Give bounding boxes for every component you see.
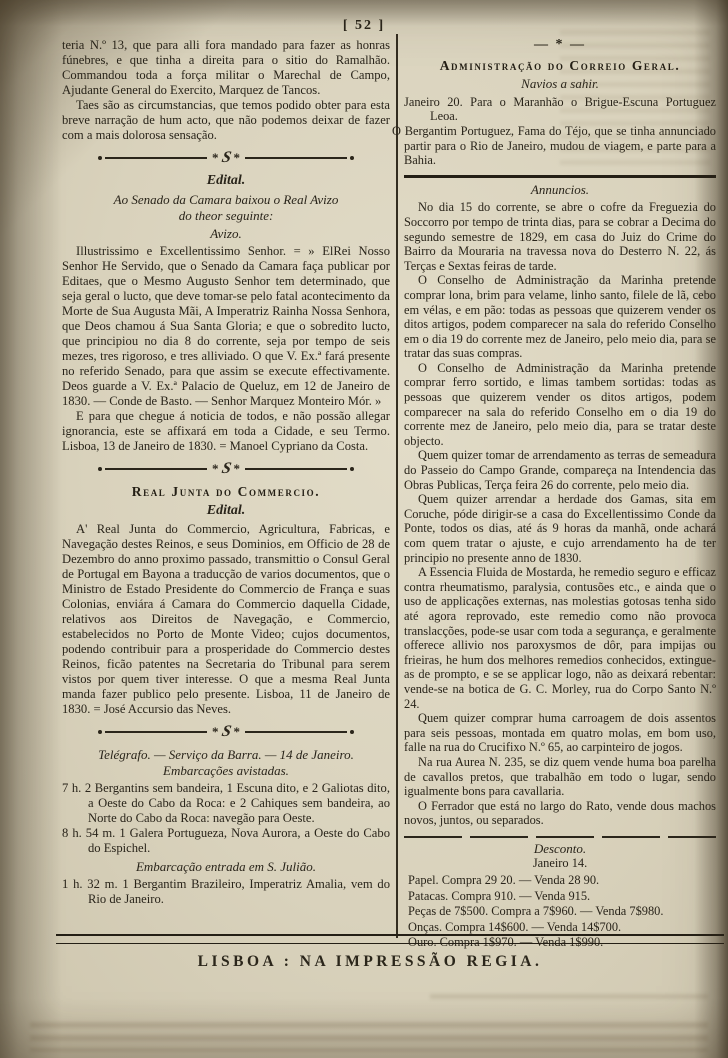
ornament-star: * [231,153,242,163]
section-divider-ornament: * S * [98,152,354,164]
real-junta-edital-heading: Edital. [62,503,390,518]
column-divider-rule [396,34,398,938]
annuncio-paragraph: O Ferrador que está no largo do Rato, ve… [404,799,716,828]
telegrafo-entry: 8 h. 54 m. 1 Galera Portugueza, Nova Aur… [62,826,390,856]
desconto-rule [404,836,716,838]
annuncio-paragraph: Quem quizer arrendar a herdade dos Gamas… [404,492,716,565]
annuncio-paragraph: Na rua Aurea N. 235, se diz quem vende h… [404,755,716,799]
footer-double-rule [56,934,724,944]
annuncio-paragraph: A Essencia Fluida de Mostarda, he remedi… [404,565,716,711]
ornament-star: * [231,727,242,737]
opening-paragraph-closing: Taes são as circumstancias, que temos po… [62,98,390,143]
printer-imprint: LISBOA : NA IMPRESSÃO REGIA. [60,953,680,971]
edital-subheading-line2: do theor seguinte: [62,208,390,223]
annuncio-paragraph: Quem quizer tomar de arrendamento as ter… [404,448,716,492]
telegrafo-heading: Telégrafo. — Serviço da Barra. — 14 de J… [62,747,390,762]
annuncio-paragraph: Quem quizer comprar huma carroagem de do… [404,711,716,755]
ornament-line [245,731,347,733]
section-divider-ornament: * S * [98,463,354,475]
desconto-row: Patacas. Compra 910. — Venda 915. [404,889,716,904]
aviso-closing-paragraph: E para que chegue á noticia de todos, e … [62,409,390,454]
ornament-star: * [210,464,221,474]
embarcacao-entrada-heading: Embarcação entrada em S. Julião. [62,859,390,874]
ornament-scroll-glyph: S [219,152,232,164]
navios-a-sahir-heading: Navios a sahir. [404,77,716,92]
ornament-dot [98,730,102,734]
mini-divider-ornament: — * — [404,38,716,53]
ornament-dot [350,156,354,160]
right-column: — * — Administração do Correio Geral. Na… [404,36,716,951]
annuncios-heading: Annuncios. [404,183,716,198]
ornament-dot [350,467,354,471]
ornament-line [105,468,207,470]
telegrafo-entry: 7 h. 2 Bergantins sem bandeira, 1 Escuna… [62,781,390,826]
edital-heading: Edital. [62,173,390,188]
annuncio-paragraph: O Conselho de Administração da Marinha p… [404,273,716,361]
ornament-star: * [210,153,221,163]
left-column: teria N.º 13, que para alli fora mandado… [62,38,390,907]
bleed-through-texture [430,994,708,1006]
annuncio-paragraph: No dia 15 do corrente, se abre o cofre d… [404,200,716,273]
ornament-line [105,157,207,159]
section-rule [404,175,716,178]
desconto-heading: Desconto. [404,842,716,857]
navio-entry: O Bergantim Portuguez, Fama do Téjo, que… [404,124,716,168]
ornament-line [245,157,347,159]
aviso-heading: Avizo. [62,226,390,241]
desconto-row: Onças. Compra 14$600. — Venda 14$700. [404,920,716,935]
opening-paragraph-continuation: teria N.º 13, que para alli fora mandado… [62,38,390,98]
annuncio-paragraph: O Conselho de Administração da Marinha p… [404,361,716,449]
ornament-scroll-glyph: S [219,463,232,475]
real-junta-paragraph: A' Real Junta do Commercio, Agricultura,… [62,522,390,717]
correio-geral-heading: Administração do Correio Geral. [404,59,716,74]
section-divider-ornament: * S * [98,726,354,738]
bleed-through-texture [30,1022,708,1052]
desconto-date: Janeiro 14. [404,856,716,871]
ornament-line [105,731,207,733]
page-number: [ 52 ] [0,18,728,34]
ornament-dot [350,730,354,734]
embarcacoes-avistadas-heading: Embarcações avistadas. [62,763,390,778]
newspaper-page: [ 52 ] teria N.º 13, que para alli fora … [0,0,728,1058]
ornament-line [245,468,347,470]
navio-entry: Janeiro 20. Para o Maranhão o Brigue-Esc… [404,95,716,124]
ornament-dot [98,467,102,471]
real-junta-heading: Real Junta do Commercio. [62,484,390,499]
ornament-scroll-glyph: S [219,726,232,738]
desconto-row: Peças de 7$500. Compra a 7$960. — Venda … [404,904,716,919]
ornament-star: * [210,727,221,737]
aviso-body-paragraph: Illustrissimo e Excellentissimo Senhor. … [62,244,390,409]
ornament-star: * [231,464,242,474]
desconto-row: Papel. Compra 29 20. — Venda 28 90. [404,873,716,888]
ornament-dot [98,156,102,160]
edital-subheading-line1: Ao Senado da Camara baixou o Real Avizo [62,192,390,207]
telegrafo-entry: 1 h. 32 m. 1 Bergantim Brazileiro, Imper… [62,877,390,907]
